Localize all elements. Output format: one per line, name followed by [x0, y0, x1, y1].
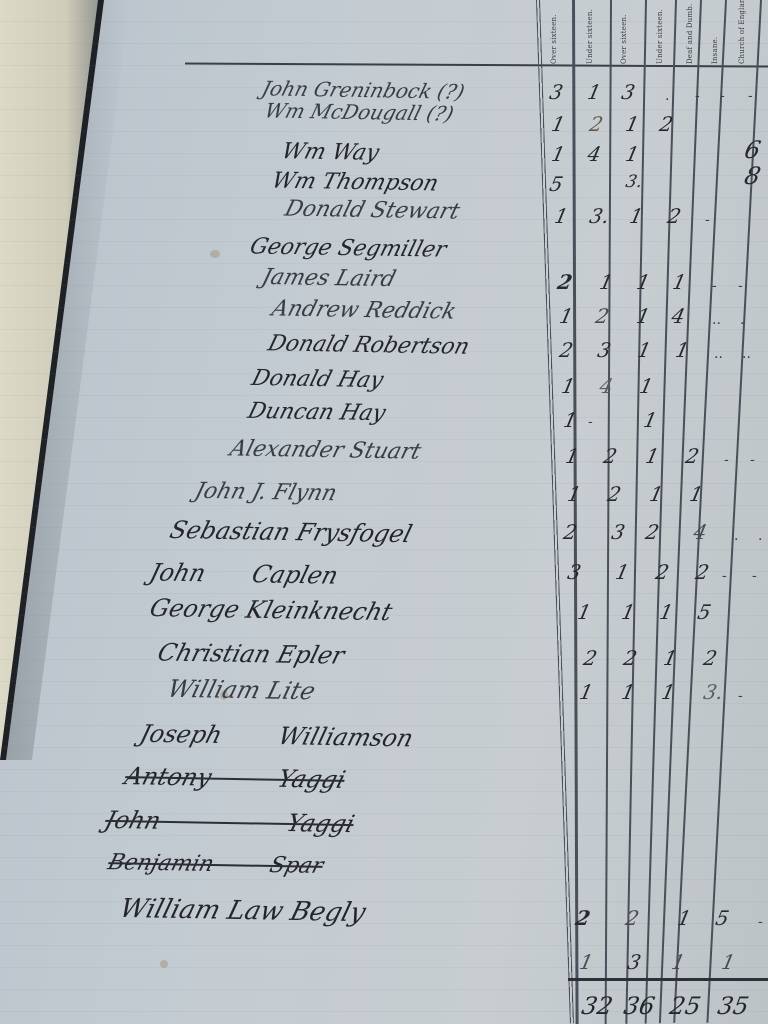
entry-name: Sebastian Frysfogel: [167, 516, 415, 548]
totals-rule: [568, 978, 768, 981]
total-value: 25: [668, 992, 703, 1020]
cell-value: -: [724, 452, 729, 468]
column-header: Over sixteen.: [544, 6, 564, 64]
cell-value: .: [758, 528, 762, 544]
entry-name-struck: John Yaggi: [102, 806, 358, 838]
cell-value: -: [712, 278, 717, 294]
column-header: Insane.: [705, 6, 725, 64]
cell-value: .: [734, 528, 738, 544]
cell-value: -: [705, 212, 710, 228]
cell-value: -: [758, 914, 763, 930]
entry-name: Wm McDougall (?): [262, 98, 456, 125]
entry-name: Donald Stewart: [282, 196, 462, 224]
column-header: Over sixteen.: [614, 6, 634, 64]
cell-value: -: [748, 88, 753, 104]
entry-name: Alexander Stuart: [227, 436, 424, 464]
cell-value: -: [720, 88, 725, 104]
cell-value: .: [740, 312, 744, 328]
cell-value: -: [738, 688, 743, 704]
entry-name: George Segmiller: [247, 234, 449, 262]
cell-value: -: [752, 568, 757, 584]
total-value: 35: [716, 992, 751, 1020]
entry-name: William Law Begly: [117, 894, 369, 928]
entry-name: James Laird: [259, 265, 399, 292]
entry-name-struck: Antony Yaggi: [122, 762, 349, 794]
ink-stain: [160, 960, 168, 968]
cell-value: .: [665, 88, 669, 104]
column-header: Deaf and Dumb.: [680, 6, 700, 64]
cell-value: -: [588, 414, 593, 430]
cell-value: ..: [712, 312, 721, 328]
cell-value: -: [750, 452, 755, 468]
entry-name: Christian Epler: [155, 638, 348, 669]
entry-name: Donald Robertson: [265, 331, 472, 360]
cell-value: -: [695, 88, 700, 104]
cell-value: -: [738, 278, 743, 294]
total-value: 36: [622, 992, 657, 1020]
entry-name: Duncan Hay: [245, 399, 388, 426]
entry-name: Andrew Reddick: [269, 296, 459, 324]
cell-value: ..: [714, 346, 723, 362]
total-value: 32: [580, 992, 615, 1020]
entry-name: Joseph Williamson: [137, 720, 417, 753]
column-header: Church of England: [732, 6, 752, 64]
entry-name: Wm Thompson: [269, 169, 441, 197]
entry-name: John Caplen: [147, 558, 342, 589]
entry-name-struck: Benjamin Spar: [105, 850, 326, 879]
entry-name: John J. Flynn: [192, 479, 340, 506]
cell-value: -: [722, 568, 727, 584]
column-header: Under sixteen.: [650, 6, 670, 64]
ink-stain: [210, 250, 220, 258]
entry-name: Wm Way: [279, 139, 382, 166]
entry-name: George Kleinknecht: [147, 594, 396, 626]
cell-value: ..: [742, 346, 751, 362]
column-headers: Over sixteen. Under sixteen. Over sixtee…: [0, 2, 768, 62]
entry-name: William Lite: [165, 675, 319, 706]
entry-name: Donald Hay: [249, 366, 386, 393]
column-header: Under sixteen.: [580, 6, 600, 64]
